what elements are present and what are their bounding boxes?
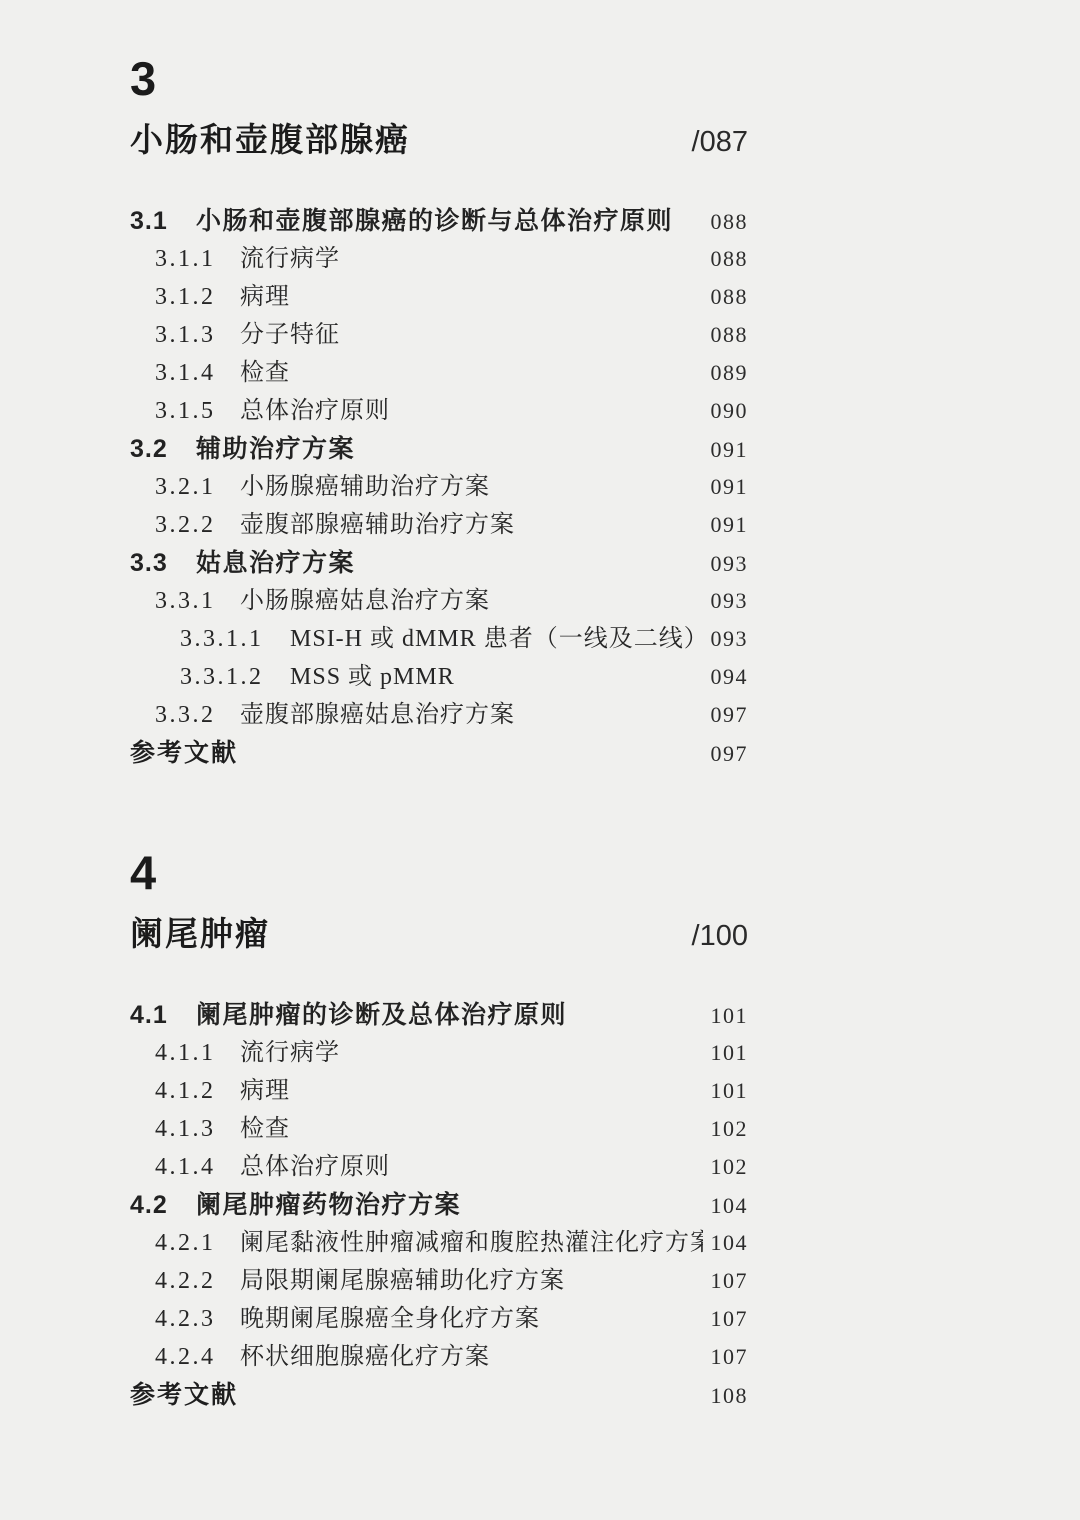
entry-number: 4.2.1 — [155, 1224, 240, 1262]
toc-entry: 4.1.4 总体治疗原则 102 — [130, 1148, 748, 1186]
chapter-title-row: 小肠和壶腹部腺癌 /087 — [130, 114, 748, 161]
entry-title: MSI-H 或 dMMR 患者（一线及二线） — [290, 620, 703, 658]
entry-title: 晚期阑尾腺癌全身化疗方案 — [240, 1300, 540, 1338]
toc-entry: 3.2.1 小肠腺癌辅助治疗方案 091 — [130, 468, 748, 506]
entry-number: 3.3.2 — [155, 696, 240, 734]
toc-page: 3 小肠和壶腹部腺癌 /087 3.1 小肠和壶腹部腺癌的诊断与总体治疗原则 0… — [0, 0, 1080, 1520]
entry-page-number: 091 — [703, 468, 749, 506]
entry-number: 4.2.2 — [155, 1262, 240, 1300]
entry-page-number: 101 — [703, 1072, 749, 1110]
entry-title: 总体治疗原则 — [240, 392, 390, 430]
entry-title: 阑尾肿瘤的诊断及总体治疗原则 — [196, 996, 567, 1034]
entry-title: 姑息治疗方案 — [196, 544, 355, 582]
entry-number: 3.1.2 — [155, 278, 240, 316]
entry-title: 局限期阑尾腺癌辅助化疗方案 — [240, 1262, 565, 1300]
toc-entries: 4.1 阑尾肿瘤的诊断及总体治疗原则 101 4.1.1 流行病学 101 4.… — [130, 996, 748, 1414]
entry-page-number: 091 — [703, 431, 749, 469]
toc-entry: 4.1 阑尾肿瘤的诊断及总体治疗原则 101 — [130, 996, 748, 1034]
entry-title: 流行病学 — [240, 240, 340, 278]
entry-number: 3.3.1.2 — [180, 658, 290, 696]
entry-page-number: 108 — [703, 1377, 749, 1415]
entry-page-number: 104 — [703, 1224, 749, 1262]
entry-title: 壶腹部腺癌辅助治疗方案 — [240, 506, 515, 544]
entry-number: 3.1.5 — [155, 392, 240, 430]
entry-number: 3.1 — [130, 202, 196, 240]
toc-entry: 参考文献 097 — [130, 734, 748, 772]
entry-page-number: 094 — [703, 658, 749, 696]
entry-page-number: 102 — [703, 1148, 749, 1186]
toc-entry: 3.1.5 总体治疗原则 090 — [130, 392, 748, 430]
entry-title: 小肠和壶腹部腺癌的诊断与总体治疗原则 — [196, 202, 673, 240]
entry-title: 阑尾肿瘤药物治疗方案 — [196, 1186, 461, 1224]
entry-number: 3.3.1.1 — [180, 620, 290, 658]
chapter-page-number: /100 — [692, 920, 748, 953]
entry-title: 杯状细胞腺癌化疗方案 — [240, 1338, 490, 1376]
entry-number: 3.3 — [130, 544, 196, 582]
entry-page-number: 088 — [703, 203, 749, 241]
entry-number: 4.1.3 — [155, 1110, 240, 1148]
entry-number: 4.1.4 — [155, 1148, 240, 1186]
entry-page-number: 107 — [703, 1338, 749, 1376]
entry-number: 3.1.4 — [155, 354, 240, 392]
toc-entries: 3.1 小肠和壶腹部腺癌的诊断与总体治疗原则 088 3.1.1 流行病学 08… — [130, 202, 748, 772]
entry-page-number: 101 — [703, 1034, 749, 1072]
entry-page-number: 088 — [703, 278, 749, 316]
entry-title: 辅助治疗方案 — [196, 430, 355, 468]
entry-number: 4.2.4 — [155, 1338, 240, 1376]
entry-number: 3.2 — [130, 430, 196, 468]
entry-page-number: 102 — [703, 1110, 749, 1148]
entry-title: 参考文献 — [130, 1376, 238, 1414]
entry-title: 病理 — [240, 278, 290, 316]
chapter-number: 3 — [130, 54, 748, 103]
entry-title: 小肠腺癌姑息治疗方案 — [240, 582, 490, 620]
toc-entry: 3.3 姑息治疗方案 093 — [130, 544, 748, 582]
toc-entry: 3.3.1.1 MSI-H 或 dMMR 患者（一线及二线） 093 — [130, 620, 748, 658]
toc-entry: 3.2.2 壶腹部腺癌辅助治疗方案 091 — [130, 506, 748, 544]
toc-entry: 3.1 小肠和壶腹部腺癌的诊断与总体治疗原则 088 — [130, 202, 748, 240]
entry-title: 小肠腺癌辅助治疗方案 — [240, 468, 490, 506]
toc-entry: 参考文献 108 — [130, 1376, 748, 1414]
entry-title: 参考文献 — [130, 734, 238, 772]
entry-page-number: 097 — [703, 735, 749, 773]
toc-entry: 3.2 辅助治疗方案 091 — [130, 430, 748, 468]
entry-number: 3.1.1 — [155, 240, 240, 278]
entry-title: MSS 或 pMMR — [290, 658, 455, 696]
toc-entry: 4.2.3 晚期阑尾腺癌全身化疗方案 107 — [130, 1300, 748, 1338]
chapter-title: 阑尾肿瘤 — [130, 908, 270, 955]
toc-entry: 3.3.2 壶腹部腺癌姑息治疗方案 097 — [130, 696, 748, 734]
entry-page-number: 107 — [703, 1300, 749, 1338]
entry-page-number: 093 — [703, 620, 749, 658]
toc-entry: 3.1.4 检查 089 — [130, 354, 748, 392]
entry-title: 阑尾黏液性肿瘤减瘤和腹腔热灌注化疗方案 — [240, 1224, 703, 1262]
entry-page-number: 091 — [703, 506, 749, 544]
entry-number: 4.2 — [130, 1186, 196, 1224]
chapter-section: 4 阑尾肿瘤 /100 4.1 阑尾肿瘤的诊断及总体治疗原则 101 4.1.1… — [130, 848, 748, 1414]
chapter-section: 3 小肠和壶腹部腺癌 /087 3.1 小肠和壶腹部腺癌的诊断与总体治疗原则 0… — [130, 54, 748, 772]
toc-entry: 4.2 阑尾肿瘤药物治疗方案 104 — [130, 1186, 748, 1224]
entry-number: 3.3.1 — [155, 582, 240, 620]
entry-page-number: 107 — [703, 1262, 749, 1300]
toc-entry: 4.1.2 病理 101 — [130, 1072, 748, 1110]
entry-title: 病理 — [240, 1072, 290, 1110]
toc-entry: 3.3.1.2 MSS 或 pMMR 094 — [130, 658, 748, 696]
entry-number: 3.2.2 — [155, 506, 240, 544]
chapter-page-number: /087 — [692, 126, 748, 159]
entry-page-number: 088 — [703, 240, 749, 278]
entry-number: 4.1.2 — [155, 1072, 240, 1110]
toc-entry: 4.2.1 阑尾黏液性肿瘤减瘤和腹腔热灌注化疗方案 104 — [130, 1224, 748, 1262]
entry-title: 分子特征 — [240, 316, 340, 354]
toc-entry: 3.1.1 流行病学 088 — [130, 240, 748, 278]
entry-page-number: 101 — [703, 997, 749, 1035]
entry-number: 3.2.1 — [155, 468, 240, 506]
toc-entry: 4.1.3 检查 102 — [130, 1110, 748, 1148]
entry-title: 检查 — [240, 1110, 290, 1148]
entry-page-number: 104 — [703, 1187, 749, 1225]
entry-number: 4.1.1 — [155, 1034, 240, 1072]
entry-page-number: 093 — [703, 545, 749, 583]
entry-title: 总体治疗原则 — [240, 1148, 390, 1186]
entry-number: 4.2.3 — [155, 1300, 240, 1338]
entry-page-number: 088 — [703, 316, 749, 354]
entry-title: 检查 — [240, 354, 290, 392]
toc-entry: 3.1.3 分子特征 088 — [130, 316, 748, 354]
entry-page-number: 093 — [703, 582, 749, 620]
toc-entry: 3.1.2 病理 088 — [130, 278, 748, 316]
chapter-number: 4 — [130, 848, 748, 897]
entry-number: 3.1.3 — [155, 316, 240, 354]
entry-page-number: 097 — [703, 696, 749, 734]
toc-entry: 4.2.2 局限期阑尾腺癌辅助化疗方案 107 — [130, 1262, 748, 1300]
toc-entry: 3.3.1 小肠腺癌姑息治疗方案 093 — [130, 582, 748, 620]
chapter-title-row: 阑尾肿瘤 /100 — [130, 908, 748, 955]
toc-entry: 4.1.1 流行病学 101 — [130, 1034, 748, 1072]
entry-title: 壶腹部腺癌姑息治疗方案 — [240, 696, 515, 734]
entry-number: 4.1 — [130, 996, 196, 1034]
entry-page-number: 089 — [703, 354, 749, 392]
entry-title: 流行病学 — [240, 1034, 340, 1072]
chapter-title: 小肠和壶腹部腺癌 — [130, 114, 410, 161]
toc-entry: 4.2.4 杯状细胞腺癌化疗方案 107 — [130, 1338, 748, 1376]
entry-page-number: 090 — [703, 392, 749, 430]
